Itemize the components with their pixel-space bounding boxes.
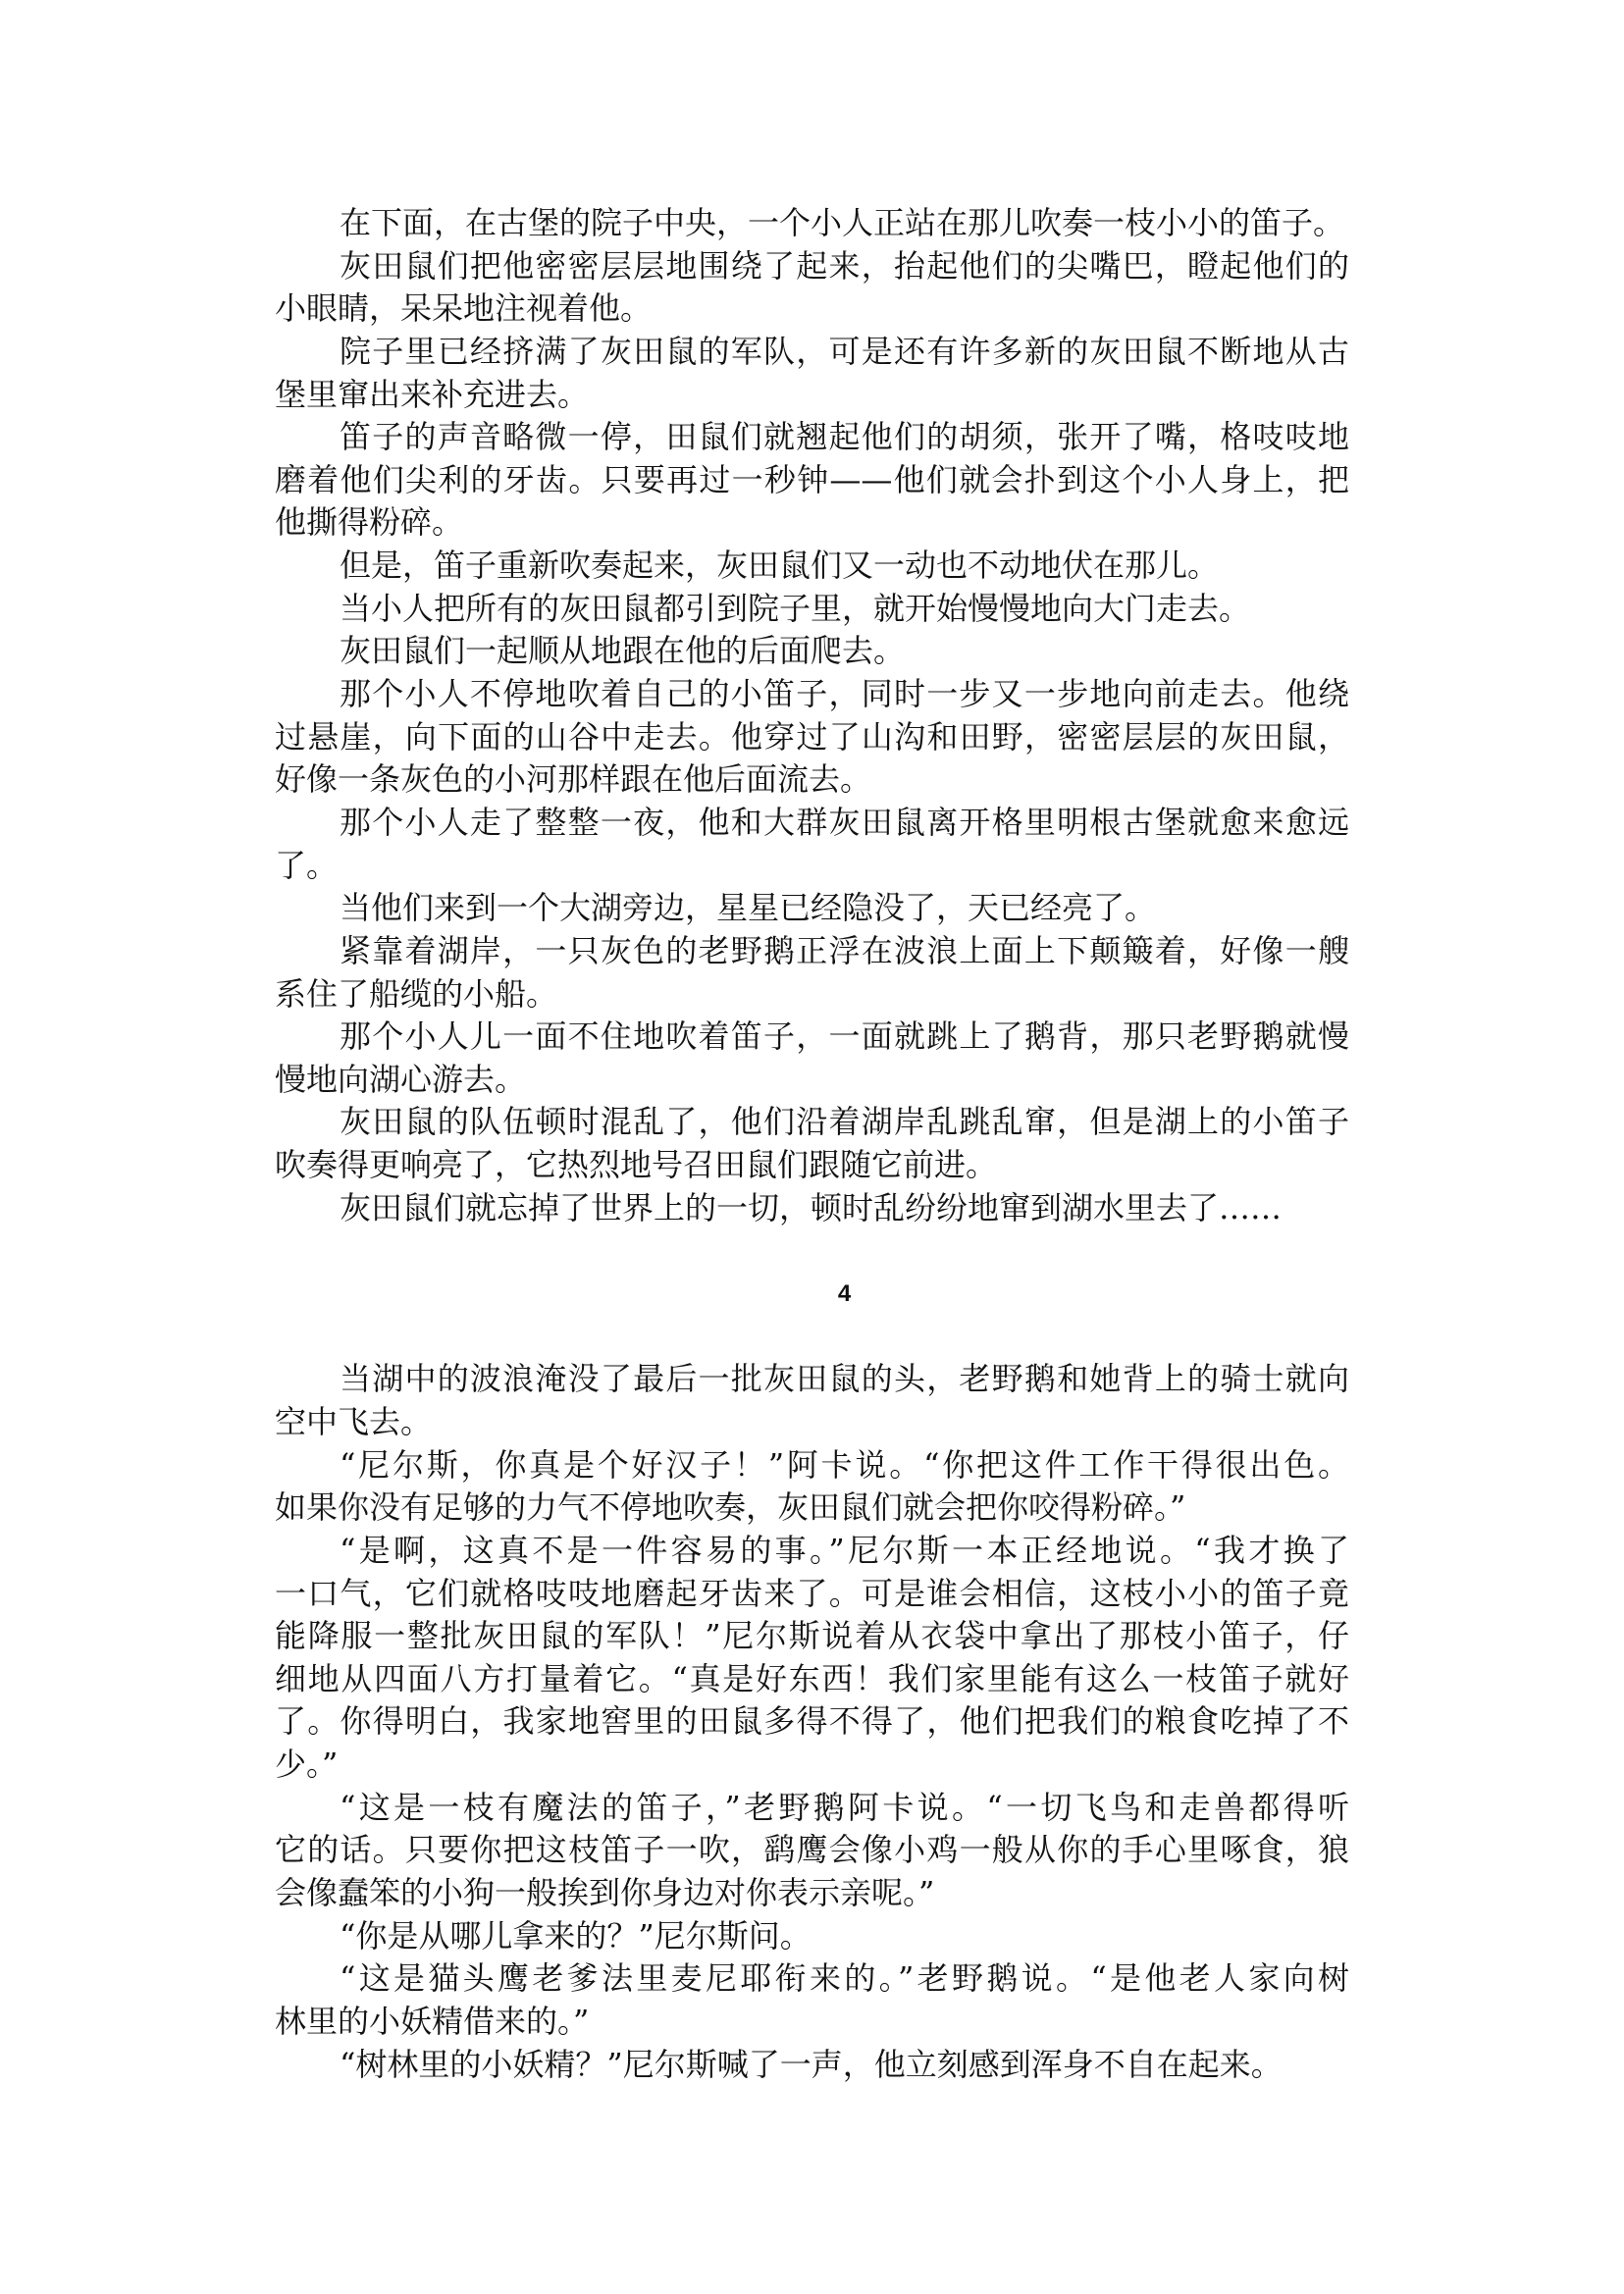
text-line: 那个小人不停地吹着自己的小笛子，同时一步又一步地向前走去。他绕 [275, 673, 1349, 716]
text-line: “这是猫头鹰老爹法里麦尼耶衔来的。”老野鹅说。“是他老人家向树 [275, 1957, 1349, 2001]
text-line: “是啊，这真不是一件容易的事。”尼尔斯一本正经地说。“我才换了 [275, 1530, 1349, 1573]
text-line: 堡里窜出来补充进去。 [275, 374, 1349, 417]
paragraph: 笛子的声音略微一停，田鼠们就翘起他们的胡须，张开了嘴，格吱吱地 磨着他们尖利的牙… [275, 416, 1349, 545]
paragraph: 那个小人儿一面不住地吹着笛子，一面就跳上了鹅背，那只老野鹅就慢 慢地向湖心游去。 [275, 1016, 1349, 1101]
text-line: 那个小人儿一面不住地吹着笛子，一面就跳上了鹅背，那只老野鹅就慢 [275, 1016, 1349, 1059]
paragraph: 在下面，在古堡的院子中央，一个小人正站在那儿吹奏一枝小小的笛子。 [275, 202, 1349, 245]
text-line: 细地从四面八方打量着它。“真是好东西！我们家里能有这么一枝笛子就好 [275, 1658, 1349, 1701]
text-line: 一口气，它们就格吱吱地磨起牙齿来了。可是谁会相信，这枝小小的笛子竟 [275, 1573, 1349, 1616]
text-line: 了。你得明白，我家地窖里的田鼠多得不得了，他们把我们的粮食吃掉了不 [275, 1700, 1349, 1744]
paragraph: “尼尔斯，你真是个好汉子！”阿卡说。“你把这件工作干得很出色。 如果你没有足够的… [275, 1444, 1349, 1530]
text-line: 当他们来到一个大湖旁边，星星已经隐没了，天已经亮了。 [275, 887, 1349, 930]
blank-line [275, 1316, 1349, 1359]
body-text: 在下面，在古堡的院子中央，一个小人正站在那儿吹奏一枝小小的笛子。 灰田鼠们把他密… [275, 202, 1349, 2086]
text-line: 紧靠着湖岸，一只灰色的老野鹅正浮在波浪上面上下颠簸着，好像一艘 [275, 930, 1349, 973]
text-line: 灰田鼠们就忘掉了世界上的一切，顿时乱纷纷地窜到湖水里去了…… [275, 1187, 1349, 1230]
text-line: 院子里已经挤满了灰田鼠的军队，可是还有许多新的灰田鼠不断地从古 [275, 331, 1349, 374]
paragraph: 当小人把所有的灰田鼠都引到院子里，就开始慢慢地向大门走去。 [275, 588, 1349, 631]
text-line: 空中飞去。 [275, 1401, 1349, 1444]
paragraph: “你是从哪儿拿来的？”尼尔斯问。 [275, 1915, 1349, 1958]
text-line: “树林里的小妖精？”尼尔斯喊了一声，他立刻感到浑身不自在起来。 [275, 2044, 1349, 2087]
text-line: 灰田鼠们把他密密层层地围绕了起来，抬起他们的尖嘴巴，瞪起他们的 [275, 245, 1349, 288]
paragraph: “这是一枝有魔法的笛子，”老野鹅阿卡说。“一切飞鸟和走兽都得听 它的话。只要你把… [275, 1787, 1349, 1915]
text-line: 慢地向湖心游去。 [275, 1059, 1349, 1102]
paragraph: “树林里的小妖精？”尼尔斯喊了一声，他立刻感到浑身不自在起来。 [275, 2044, 1349, 2087]
text-line: 灰田鼠的队伍顿时混乱了，他们沿着湖岸乱跳乱窜，但是湖上的小笛子 [275, 1101, 1349, 1144]
text-line: 过悬崖，向下面的山谷中走去。他穿过了山沟和田野，密密层层的灰田鼠， [275, 716, 1349, 759]
paragraph: 那个小人走了整整一夜，他和大群灰田鼠离开格里明根古堡就愈来愈远 了。 [275, 802, 1349, 887]
text-line: “你是从哪儿拿来的？”尼尔斯问。 [275, 1915, 1349, 1958]
section-number: 4 [275, 1273, 1349, 1316]
paragraph: 那个小人不停地吹着自己的小笛子，同时一步又一步地向前走去。他绕 过悬崖，向下面的… [275, 673, 1349, 802]
text-line: 他撕得粉碎。 [275, 501, 1349, 545]
text-line: 在下面，在古堡的院子中央，一个小人正站在那儿吹奏一枝小小的笛子。 [275, 202, 1349, 245]
paragraph: 但是，笛子重新吹奏起来，灰田鼠们又一动也不动地伏在那儿。 [275, 545, 1349, 588]
paragraph: 当他们来到一个大湖旁边，星星已经隐没了，天已经亮了。 [275, 887, 1349, 930]
text-line: 好像一条灰色的小河那样跟在他后面流去。 [275, 758, 1349, 802]
text-line: 灰田鼠们一起顺从地跟在他的后面爬去。 [275, 630, 1349, 673]
text-line: 但是，笛子重新吹奏起来，灰田鼠们又一动也不动地伏在那儿。 [275, 545, 1349, 588]
text-line: 小眼睛，呆呆地注视着他。 [275, 287, 1349, 331]
paragraph: “这是猫头鹰老爹法里麦尼耶衔来的。”老野鹅说。“是他老人家向树 林里的小妖精借来… [275, 1957, 1349, 2043]
text-line: 笛子的声音略微一停，田鼠们就翘起他们的胡须，张开了嘴，格吱吱地 [275, 416, 1349, 459]
text-line: “这是一枝有魔法的笛子，”老野鹅阿卡说。“一切飞鸟和走兽都得听 [275, 1787, 1349, 1830]
document-page: 在下面，在古堡的院子中央，一个小人正站在那儿吹奏一枝小小的笛子。 灰田鼠们把他密… [0, 0, 1624, 2294]
blank-line [275, 1229, 1349, 1273]
text-line: 少。” [275, 1744, 1349, 1787]
paragraph: 当湖中的波浪淹没了最后一批灰田鼠的头，老野鹅和她背上的骑士就向 空中飞去。 [275, 1358, 1349, 1443]
paragraph: 灰田鼠们把他密密层层地围绕了起来，抬起他们的尖嘴巴，瞪起他们的 小眼睛，呆呆地注… [275, 245, 1349, 331]
paragraph: 紧靠着湖岸，一只灰色的老野鹅正浮在波浪上面上下颠簸着，好像一艘 系住了船缆的小船… [275, 930, 1349, 1016]
paragraph: 灰田鼠的队伍顿时混乱了，他们沿着湖岸乱跳乱窜，但是湖上的小笛子 吹奏得更响亮了，… [275, 1101, 1349, 1186]
text-line: 吹奏得更响亮了，它热烈地号召田鼠们跟随它前进。 [275, 1144, 1349, 1187]
text-line: 会像蠢笨的小狗一般挨到你身边对你表示亲呢。” [275, 1872, 1349, 1915]
text-line: “尼尔斯，你真是个好汉子！”阿卡说。“你把这件工作干得很出色。 [275, 1444, 1349, 1487]
paragraph: 院子里已经挤满了灰田鼠的军队，可是还有许多新的灰田鼠不断地从古 堡里窜出来补充进… [275, 331, 1349, 416]
text-line: 它的话。只要你把这枝笛子一吹，鹞鹰会像小鸡一般从你的手心里啄食，狼 [275, 1829, 1349, 1872]
text-line: 当湖中的波浪淹没了最后一批灰田鼠的头，老野鹅和她背上的骑士就向 [275, 1358, 1349, 1401]
text-line: 当小人把所有的灰田鼠都引到院子里，就开始慢慢地向大门走去。 [275, 588, 1349, 631]
paragraph: 灰田鼠们就忘掉了世界上的一切，顿时乱纷纷地窜到湖水里去了…… [275, 1187, 1349, 1230]
text-line: 系住了船缆的小船。 [275, 973, 1349, 1017]
text-line: 能降服一整批灰田鼠的军队！”尼尔斯说着从衣袋中拿出了那枝小笛子，仔 [275, 1615, 1349, 1658]
text-line: 林里的小妖精借来的。” [275, 2001, 1349, 2044]
text-line: 那个小人走了整整一夜，他和大群灰田鼠离开格里明根古堡就愈来愈远 [275, 802, 1349, 845]
paragraph: “是啊，这真不是一件容易的事。”尼尔斯一本正经地说。“我才换了 一口气，它们就格… [275, 1530, 1349, 1787]
paragraph: 灰田鼠们一起顺从地跟在他的后面爬去。 [275, 630, 1349, 673]
text-line: 如果你没有足够的力气不停地吹奏，灰田鼠们就会把你咬得粉碎。” [275, 1486, 1349, 1530]
text-line: 了。 [275, 845, 1349, 888]
text-line: 磨着他们尖利的牙齿。只要再过一秒钟——他们就会扑到这个小人身上，把 [275, 459, 1349, 502]
